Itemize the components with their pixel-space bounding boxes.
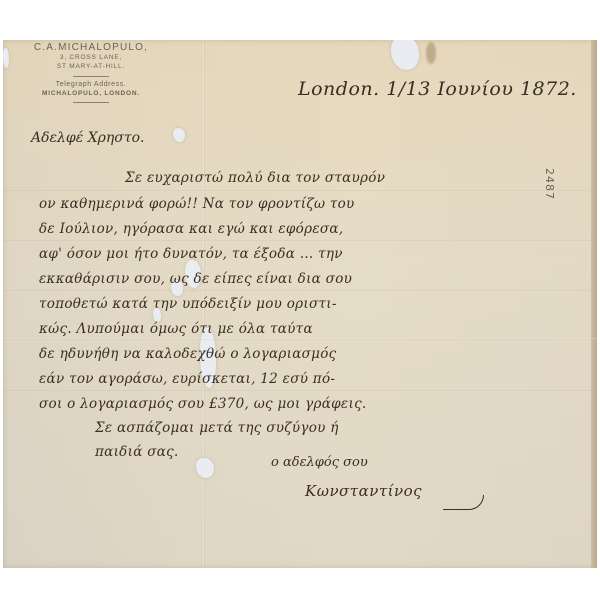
paper-tear	[391, 40, 419, 70]
salutation: Αδελφέ Χρηστο.	[31, 130, 144, 146]
body-line: σοι ο λογαριασμός σου £370, ως μοι γράφε…	[39, 396, 367, 412]
body-line: τοποθετώ κατά την υπόδειξίν μου οριστι-	[39, 296, 337, 312]
paper-edge	[591, 40, 597, 568]
paper-hole	[3, 48, 9, 68]
paper-hole	[196, 458, 214, 478]
telegraph-address: MICHALOPULO, LONDON.	[21, 90, 161, 97]
archive-number: 2487	[543, 168, 556, 200]
letterhead: C.A.MICHALOPULO, 3, Cross Lane, St Mary-…	[21, 40, 161, 107]
body-line: εκκαθάρισιν σου, ως δε είπες είναι δια σ…	[39, 271, 352, 287]
letter-page: C.A.MICHALOPULO, 3, Cross Lane, St Mary-…	[3, 40, 597, 568]
body-line: δε ηδυνήθη να καλοδεχθώ ο λογαριασμός	[39, 346, 337, 362]
letterhead-name: C.A.MICHALOPULO,	[21, 42, 161, 53]
body-line: εάν τον αγοράσω, ευρίσκεται, 12 εσύ πό-	[39, 371, 335, 387]
paper-hole	[173, 128, 185, 142]
ruled-line	[3, 390, 597, 391]
body-line: ον καθημερινά φορώ!! Να τον φροντίζω του	[39, 196, 355, 212]
dateline: London. 1/13 Ιουνίου 1872.	[298, 78, 577, 100]
signature: Κωνσταντίνος	[305, 482, 422, 500]
letterhead-divider	[73, 102, 109, 103]
body-line: δε Ιούλιον, ηγόρασα και εγώ και εφόρεσα,	[39, 221, 343, 237]
stain-mark	[426, 42, 436, 64]
letterhead-address-2: St Mary-at-Hill.	[21, 62, 161, 71]
body-line: Σε ασπάζομαι μετά της συζύγου ή	[95, 420, 339, 436]
body-line: Σε ευχαριστώ πολύ δια τον σταυρόν	[125, 170, 385, 186]
ruled-line	[3, 190, 597, 191]
signature-flourish	[443, 495, 484, 510]
ruled-line	[3, 240, 597, 241]
telegraph-label: Telegraph Address.	[21, 81, 161, 88]
body-line: παιδιά σας.	[95, 444, 179, 460]
ruled-line	[3, 290, 597, 291]
letterhead-address-1: 3, Cross Lane,	[21, 53, 161, 62]
body-line: αφ' όσον μοι ήτο δυνατόν, τα έξοδα … την	[39, 246, 343, 262]
letterhead-divider	[73, 76, 109, 77]
body-line: κώς. Λυπούμαι όμως ότι με όλα ταύτα	[39, 321, 313, 337]
closing: ο αδελφός σου	[271, 455, 368, 470]
